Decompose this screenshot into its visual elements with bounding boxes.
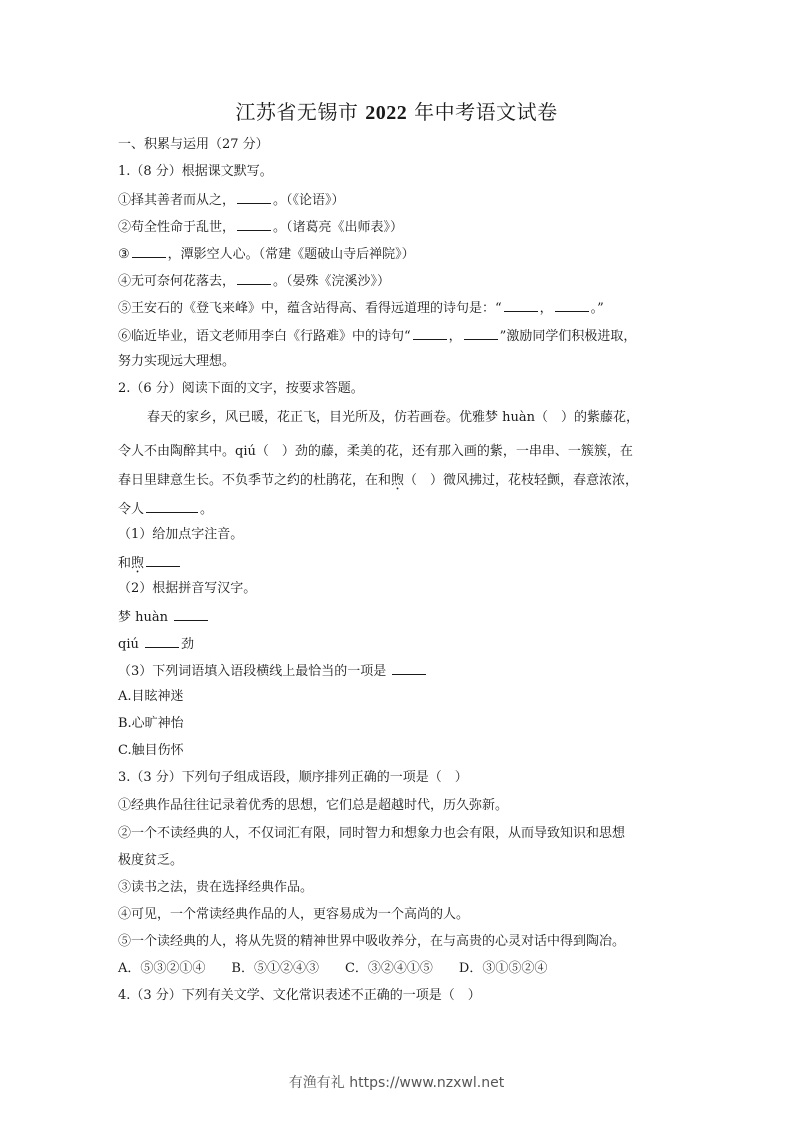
q2-option-c[interactable]: C.触目伤怀	[118, 743, 184, 759]
passage-text: 春日里肆意生长。不负季节之约的杜鹃花，在和	[118, 473, 391, 488]
title-text-2: 年中考语文试卷	[407, 100, 557, 124]
footer-watermark: 有渔有礼 https://www.nzxwl.net	[0, 1072, 793, 1092]
answer-blank[interactable]	[504, 299, 538, 312]
passage-text: 令人	[118, 502, 144, 517]
answer-blank[interactable]	[174, 608, 208, 621]
answer-blank[interactable]	[145, 635, 179, 648]
q2-passage-line-2: 令人不由陶醉其中。qiú（ ）劲的藤，柔美的花，还有那入画的紫，一串串、一簇簇，…	[118, 444, 633, 460]
q1-item-2: ②苟全性命于乱世，。（诸葛亮《出师表》）	[118, 218, 403, 236]
dotted-character: 煦	[391, 473, 404, 488]
q3-sentence-4: ④可见，一个常读经典作品的人，更容易成为一个高尚的人。	[118, 907, 469, 923]
q2-option-a[interactable]: A.目眩神迷	[118, 689, 184, 705]
answer-blank[interactable]	[237, 218, 271, 231]
q1-item-6-cont: 努力实现远大理想。	[118, 354, 235, 370]
q1-item-text: ⑤王安石的《登飞来峰》中，蕴含站得高、看得远道理的诗句是：“	[118, 301, 502, 316]
q2-passage-line-4: 令人。	[118, 500, 213, 518]
q3-stem: 3.（3 分）下列句子组成语段，顺序排列正确的一项是（ ）	[118, 770, 468, 786]
choice-d[interactable]: D．③①⑤②④	[459, 961, 547, 976]
answer-blank[interactable]	[146, 554, 180, 567]
page-title: 江苏省无锡市 2022 年中考语文试卷	[0, 96, 793, 125]
q2-passage-line-3: 春日里肆意生长。不负季节之约的杜鹃花，在和煦（ ）微风拂过，花枝轻颤，春意浓浓，	[118, 473, 638, 489]
q1-item-3: ③，潭影空人心。（常建《题破山寺后禅院》）	[118, 245, 415, 263]
q1-item-source: 。（诸葛亮《出师表》）	[273, 220, 403, 235]
answer-blank[interactable]	[237, 191, 271, 204]
q1-item-end: ”激励同学们积极进取，	[500, 329, 637, 344]
q1-stem: 1.（8 分）根据课文默写。	[118, 164, 273, 180]
title-text: 江苏省无锡市	[235, 100, 365, 124]
q1-item-text: ④无可奈何花落去，	[118, 274, 235, 289]
choice-a[interactable]: A．⑤③②①④	[118, 961, 205, 976]
q1-item-source: 。（《论语》）	[273, 193, 345, 208]
q2-sub3: （3）下列词语填入语段横线上最恰当的一项是	[118, 662, 428, 680]
pinyin-text: 梦 huàn	[118, 610, 172, 625]
section-heading: 一、积累与运用（27 分）	[118, 137, 269, 153]
q2-sub2: （2）根据拼音写汉字。	[118, 581, 256, 597]
q1-item-6: ⑥临近毕业，语文老师用李白《行路难》中的诗句“，”激励同学们积极进取，	[118, 327, 636, 345]
q4-stem: 4.（3 分）下列有关文学、文化常识表述不正确的一项是（ ）	[118, 988, 481, 1004]
answer-blank[interactable]	[413, 327, 447, 340]
q1-item-text: ⑥临近毕业，语文老师用李白《行路难》中的诗句“	[118, 329, 411, 344]
q1-item-1: ①择其善者而从之，。（《论语》）	[118, 191, 345, 209]
answer-blank[interactable]	[132, 245, 166, 258]
comma: ，	[540, 301, 553, 316]
q2-sub2-a: 梦 huàn	[118, 608, 210, 626]
choice-c[interactable]: C．③②④①⑤	[345, 961, 433, 976]
q2-passage-line-1: 春天的家乡，风已暖，花正飞，目光所及，仿若画卷。优雅梦 huàn（ ）的紫藤花，	[147, 410, 639, 426]
exam-page: 江苏省无锡市 2022 年中考语文试卷 一、积累与运用（27 分） 1.（8 分…	[0, 0, 793, 1122]
answer-blank[interactable]	[555, 299, 589, 312]
q2-stem: 2.（6 分）阅读下面的文字，按要求答题。	[118, 381, 364, 397]
answer-blank[interactable]	[464, 327, 498, 340]
answer-blank[interactable]	[392, 662, 426, 675]
q1-item-4: ④无可奈何花落去，。（晏殊《浣溪沙》）	[118, 272, 390, 290]
answer-blank[interactable]	[237, 272, 271, 285]
q1-item-5: ⑤王安石的《登飞来峰》中，蕴含站得高、看得远道理的诗句是：“，。”	[118, 299, 604, 317]
q3-sentence-2: ②一个不读经典的人，不仅词汇有限，同时智力和想象力也会有限，从而导致知识和思想	[118, 826, 625, 842]
q3-choices: A．⑤③②①④B．⑤①②④③C．③②④①⑤D．③①⑤②④	[118, 961, 573, 977]
pinyin-text: qiú	[118, 637, 143, 652]
q3-sentence-3: ③读书之法，贵在选择经典作品。	[118, 880, 313, 896]
q2-sub2-b: qiú 劲	[118, 635, 194, 653]
q1-item-text: ③	[118, 247, 130, 262]
passage-text: 。	[200, 502, 213, 517]
word-text: 劲	[181, 637, 194, 652]
answer-blank[interactable]	[146, 500, 198, 513]
passage-text: （ ）微风拂过，花枝轻颤，春意浓浓，	[404, 473, 638, 488]
comma: ，	[449, 329, 462, 344]
q1-item-text: ②苟全性命于乱世，	[118, 220, 235, 235]
sub-question-text: （3）下列词语填入语段横线上最恰当的一项是	[118, 664, 390, 679]
choice-b[interactable]: B．⑤①②④③	[231, 961, 319, 976]
q2-option-b[interactable]: B.心旷神怡	[118, 716, 184, 732]
q2-sub1: （1）给加点字注音。	[118, 527, 243, 543]
q3-sentence-2-cont: 极度贫乏。	[118, 853, 183, 869]
q1-item-end: 。”	[591, 301, 604, 316]
q1-item-text: ①择其善者而从之，	[118, 193, 235, 208]
title-year: 2022	[365, 102, 407, 124]
word-text: 和	[118, 556, 131, 571]
q3-sentence-1: ①经典作品往往记录着优秀的思想，它们总是超越时代，历久弥新。	[118, 798, 508, 814]
q1-item-source: 。（晏殊《浣溪沙》）	[273, 274, 390, 289]
q3-sentence-5: ⑤一个读经典的人，将从先贤的精神世界中吸收养分，在与高贵的心灵对话中得到陶冶。	[118, 934, 625, 950]
dotted-character: 煦	[131, 556, 144, 571]
q1-item-source: ，潭影空人心。（常建《题破山寺后禅院》）	[168, 247, 415, 262]
q2-sub1-word: 和煦	[118, 554, 182, 572]
